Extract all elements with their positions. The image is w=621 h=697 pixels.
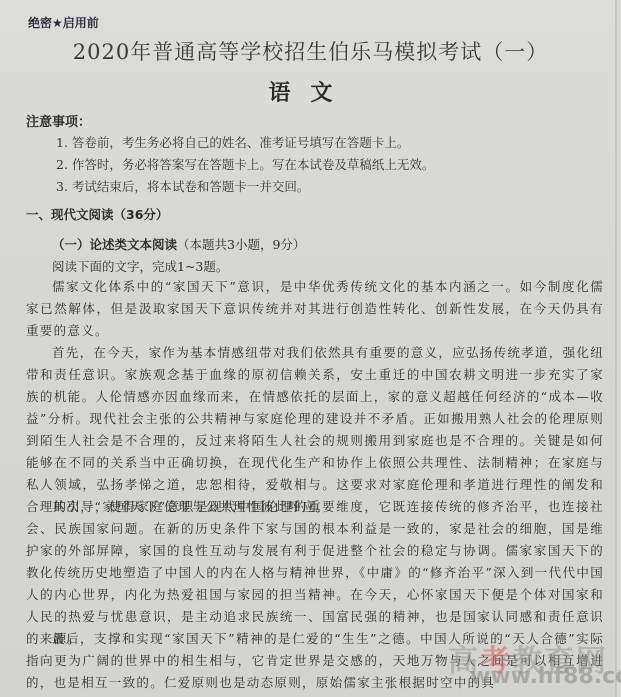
subsection-info: （本题共3小题，9分） xyxy=(177,237,305,252)
note-item: 1. 答卷前，考生务必将自己的姓名、准考证号填写在答题卡上。 xyxy=(56,133,409,151)
subsection-title: （一）论述类文本阅读 xyxy=(52,237,177,252)
exam-paper: 绝密★启用前 2020年普通高等学校招生伯乐马模拟考试（一） 语文 注意事项： … xyxy=(0,0,617,697)
notes-heading: 注意事项： xyxy=(26,111,91,130)
exam-title: 2020年普通高等学校招生伯乐马模拟考试（一） xyxy=(0,36,621,66)
note-item: 3. 考试结束后，将本试卷和答题卡一并交回。 xyxy=(56,177,309,195)
subject-title: 语文 xyxy=(0,76,621,107)
passage-paragraph: 其次，“家国天下”意识是现代中国伦理的重要维度，它既连接传统的修齐治平，也连接社… xyxy=(26,496,604,650)
reading-instruction: 阅读下面的文字，完成1~3题。 xyxy=(52,257,228,275)
passage-paragraph: 儒家文化体系中的“家国天下”意识，是中华优秀传统文化的基本内涵之一。如今制度化儒… xyxy=(26,276,604,342)
subsection-heading: （一）论述类文本阅读（本题共3小题，9分） xyxy=(52,235,305,253)
passage-paragraph: 首先，在今天，家作为基本情感纽带对我们依然具有重要的意义，应弘扬传统孝道，强化纽… xyxy=(26,342,604,518)
section-heading: 一、现代文阅读（36分） xyxy=(26,205,168,223)
secret-label: 绝密★启用前 xyxy=(28,14,99,31)
watermark-url: www.hf88.com xyxy=(470,664,621,689)
note-item: 2. 作答时，务必将答案写在答题卡上。写在本试卷及草稿纸上无效。 xyxy=(56,155,434,173)
